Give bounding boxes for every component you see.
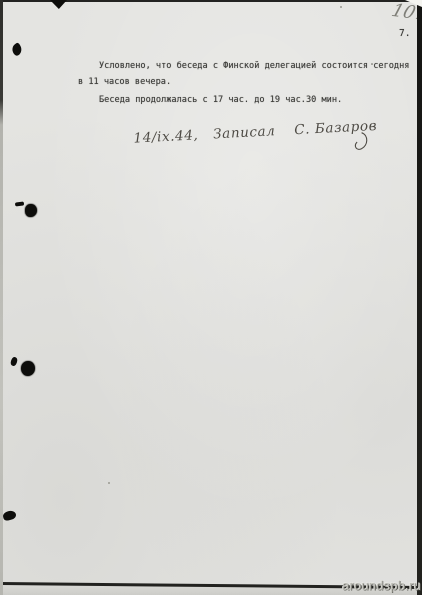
ink-blot-round-lower [21,361,35,376]
paper-speck [340,6,342,8]
paper-sheet [0,0,422,586]
paper-speck [108,482,110,484]
typed-paragraph-2: Беседа продолжалась с 17 час. до 19 час.… [99,95,342,106]
scan-edge-left [0,0,3,595]
page-number: 7. [399,28,410,39]
handwritten-signature: 14/ix.44, Записал С. Базаров [126,106,386,164]
svg-text:14/ix.44, Записал: 14/ix.44, Записал С. Базаров [133,118,377,147]
site-watermark: aroundspb.ru [342,578,421,593]
ink-blot-round-upper [25,204,37,217]
typed-paragraph-1-line-2: в 11 часов вечера. [78,77,171,88]
signature-verb: Записал [213,123,276,142]
signature-date: 14/ix.44, [133,127,199,146]
signature-flourish [355,132,367,149]
typed-paragraph-1-line-1: Условлено, что беседа с Финской делегаци… [99,61,409,72]
scanned-document: 107 7. Условлено, что беседа с Финской д… [0,0,422,595]
scan-edge-right [417,0,422,595]
